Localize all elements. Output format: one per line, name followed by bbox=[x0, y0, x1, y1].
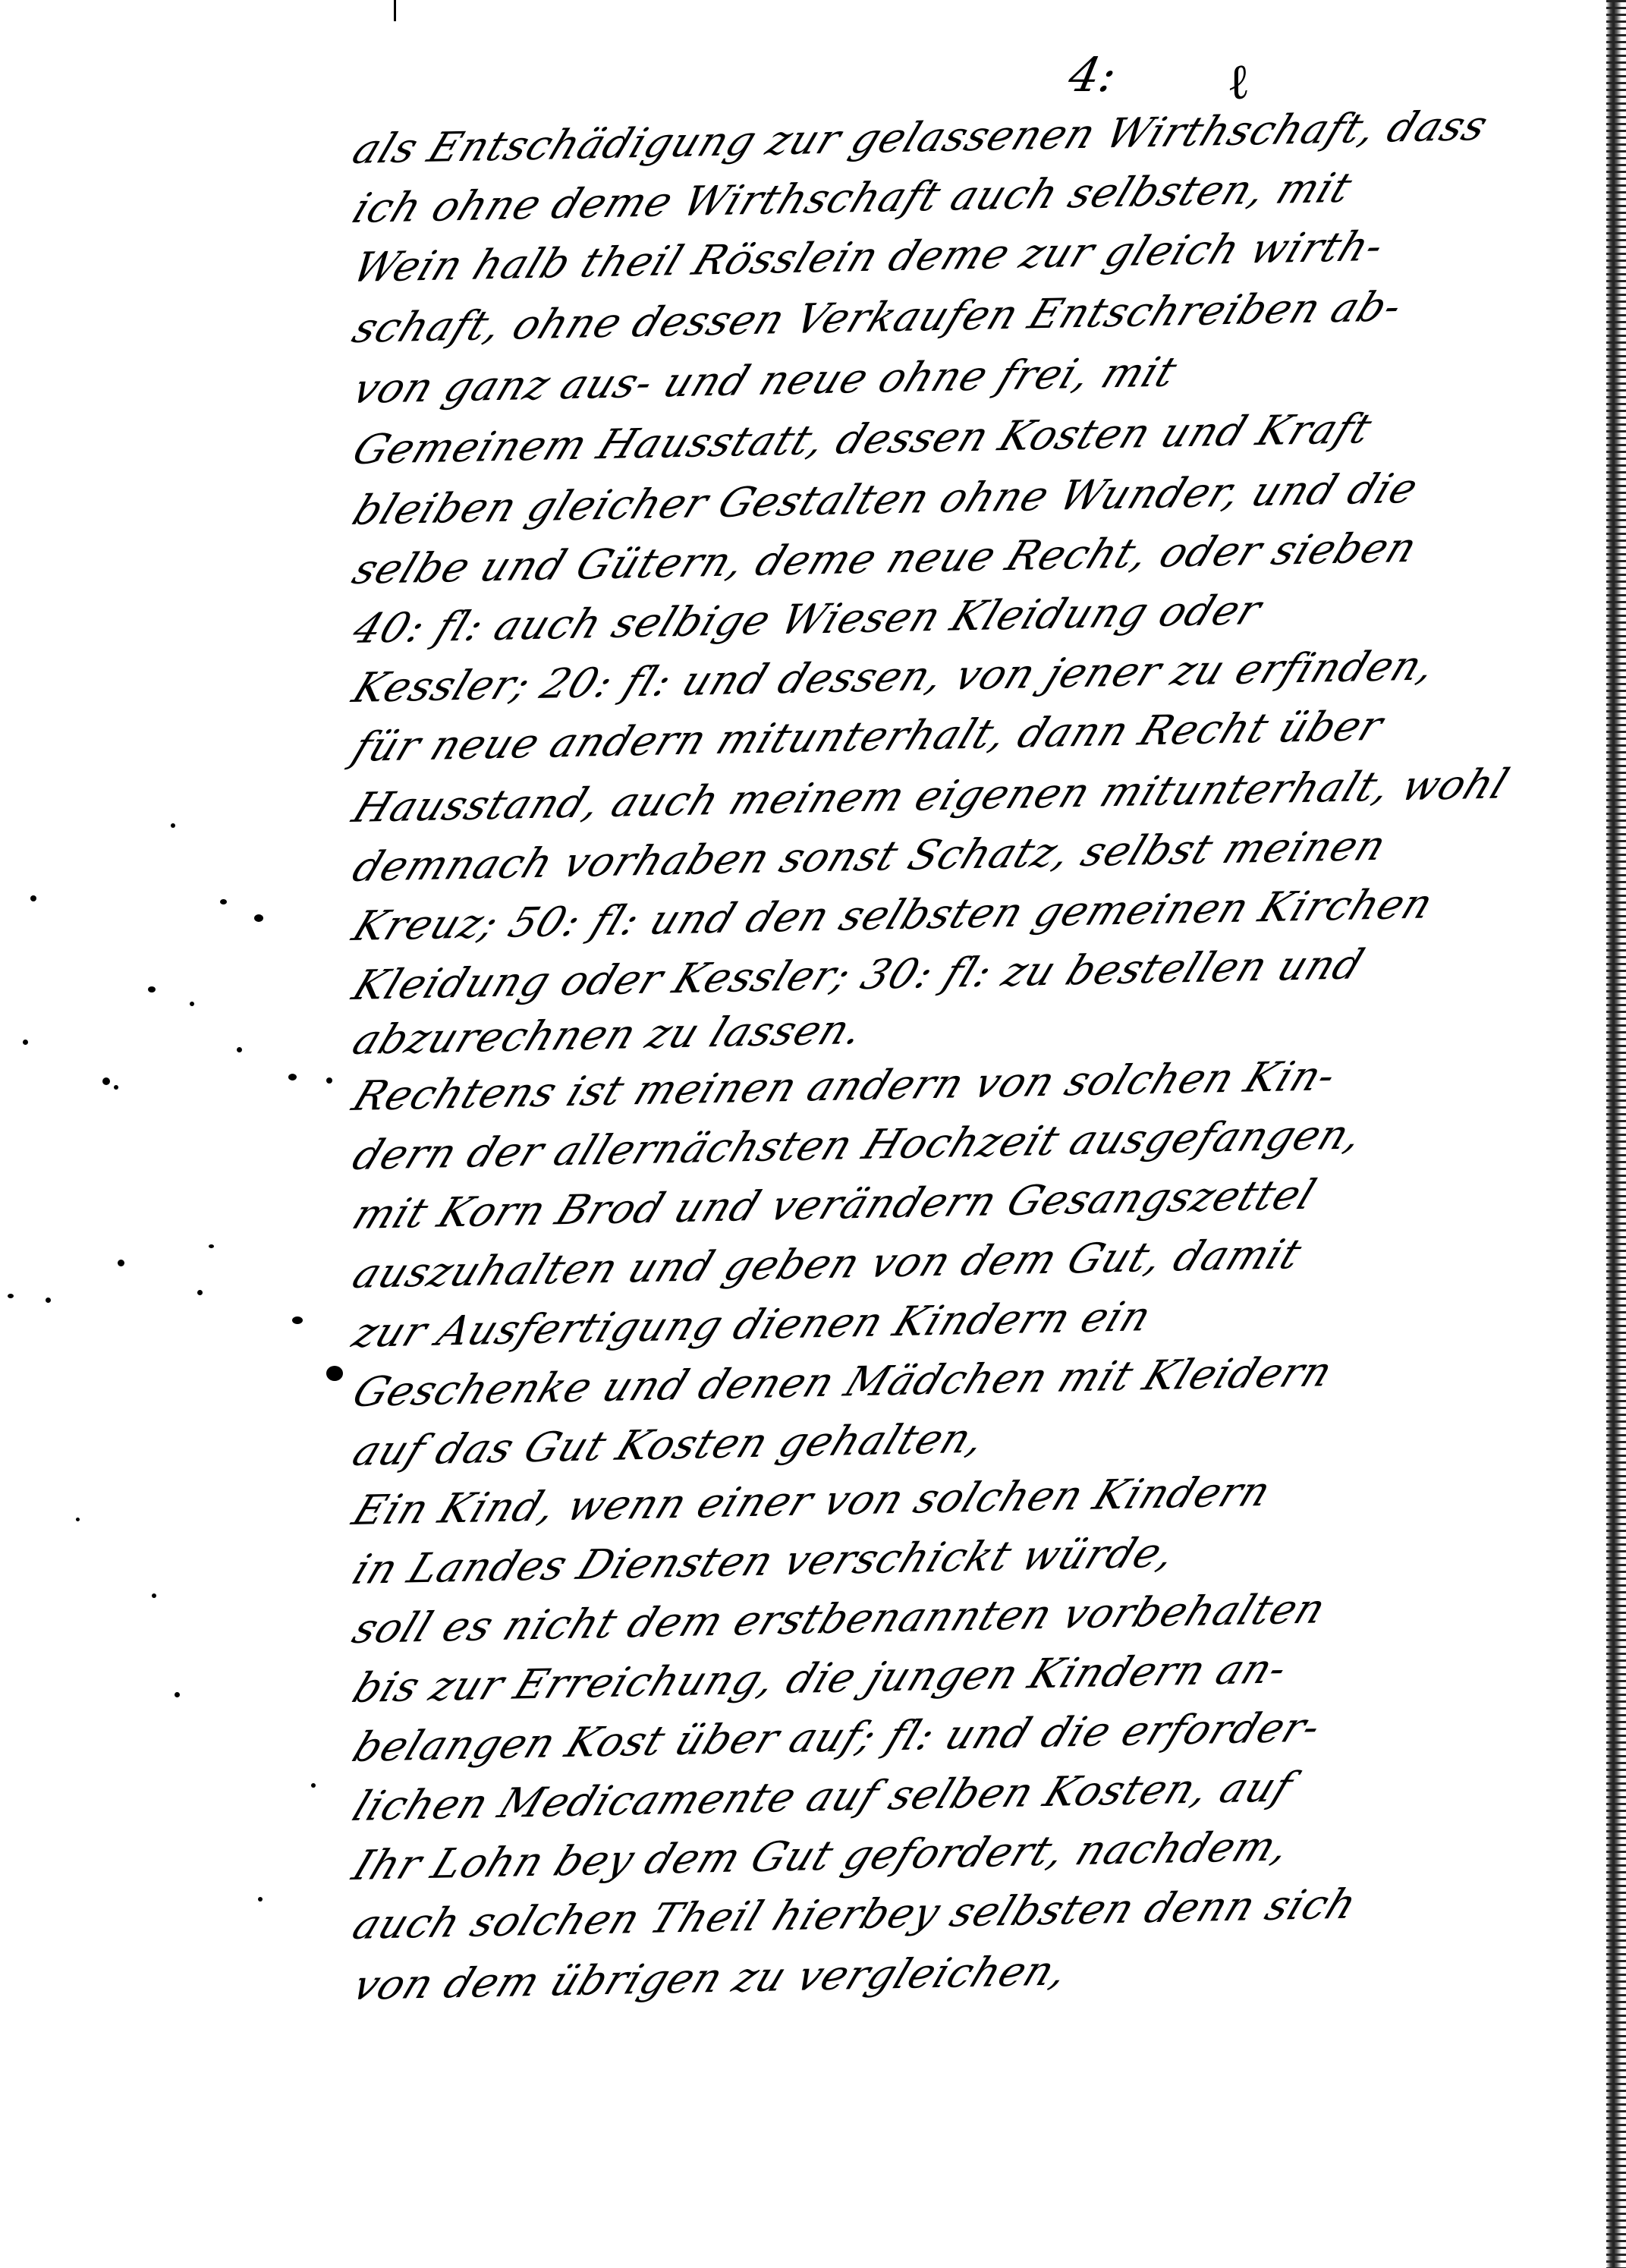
text-line: Kessler; 20: fl: und dessen, von jener z… bbox=[348, 645, 1442, 709]
text-line: Ein Kind, wenn einer von solchen Kindern bbox=[348, 1471, 1277, 1531]
text-line: mit Korn Brod und verändern Gesangszette… bbox=[348, 1175, 1322, 1235]
page-number: 4: bbox=[1064, 47, 1121, 102]
binding-edge bbox=[1606, 0, 1626, 2268]
text-line: soll es nicht dem erstbenannten vorbehal… bbox=[348, 1588, 1332, 1650]
text-line: Kleidung oder Kessler; 30: fl: zu bestel… bbox=[348, 944, 1370, 1006]
text-line: Kreuz; 50: fl: und den selbsten gemeinen… bbox=[348, 884, 1439, 947]
text-line: Gemeinem Hausstatt, dessen Kosten und Kr… bbox=[348, 408, 1378, 470]
text-line: dern der allernächsten Hochzeit ausgefan… bbox=[348, 1114, 1370, 1176]
text-line: schaft, ohne dessen Verkaufen Entschreib… bbox=[348, 286, 1408, 349]
text-line: bis zur Erreichung, die jungen Kindern a… bbox=[348, 1649, 1294, 1709]
text-line: demnach vorhaben sonst Schatz, selbst me… bbox=[348, 826, 1392, 888]
text-line: auch solchen Theil hierbey selbsten denn… bbox=[348, 1884, 1363, 1946]
text-line: Wein halb theil Rösslein deme zur gleich… bbox=[348, 226, 1391, 288]
text-line: Hausstand, auch meinem eigenen mitunterh… bbox=[348, 763, 1515, 829]
text-line: von ganz aus- und neue ohne frei, mit bbox=[348, 352, 1183, 410]
text-line: ich ohne deme Wirthschaft auch selbsten,… bbox=[348, 168, 1358, 229]
text-line: abzurechnen zu lassen. bbox=[348, 1009, 870, 1061]
text-line: lichen Medicamente auf selben Kosten, au… bbox=[348, 1766, 1299, 1827]
corner-mark: ℓ bbox=[1223, 53, 1253, 112]
text-line: als Entschädigung zur gelassenen Wirthsc… bbox=[348, 105, 1494, 170]
text-line: für neue andern mitunterhalt, dann Recht… bbox=[348, 706, 1389, 768]
text-line: auf das Gut Kosten gehalten, bbox=[348, 1418, 992, 1472]
text-line: von dem übrigen zu vergleichen, bbox=[348, 1951, 1075, 2006]
text-line: 40: fl: auch selbige Wiesen Kleidung ode… bbox=[348, 590, 1268, 650]
text-line: in Landes Diensten verschickt würde, bbox=[348, 1533, 1182, 1590]
text-line: zur Ausfertigung dienen Kindern ein bbox=[348, 1296, 1158, 1354]
text-line: Geschenke und denen Mädchen mit Kleidern bbox=[348, 1351, 1338, 1413]
text-line: auszuhalten und geben von dem Gut, damit bbox=[348, 1234, 1308, 1294]
text-line: Rechtens ist meinen andern von solchen K… bbox=[348, 1055, 1342, 1117]
manuscript-page: 4: ℓ als Entschädigung zur gelassenen Wi… bbox=[0, 0, 1626, 2268]
text-line: bleiben gleicher Gestalten ohne Wunder, … bbox=[348, 468, 1424, 531]
text-line: belangen Kost über auf; fl: und die erfo… bbox=[348, 1707, 1327, 1768]
text-line: selbe und Gütern, deme neue Recht, oder … bbox=[348, 527, 1423, 590]
text-line: Ihr Lohn bey dem Gut gefordert, nachdem, bbox=[348, 1826, 1297, 1886]
